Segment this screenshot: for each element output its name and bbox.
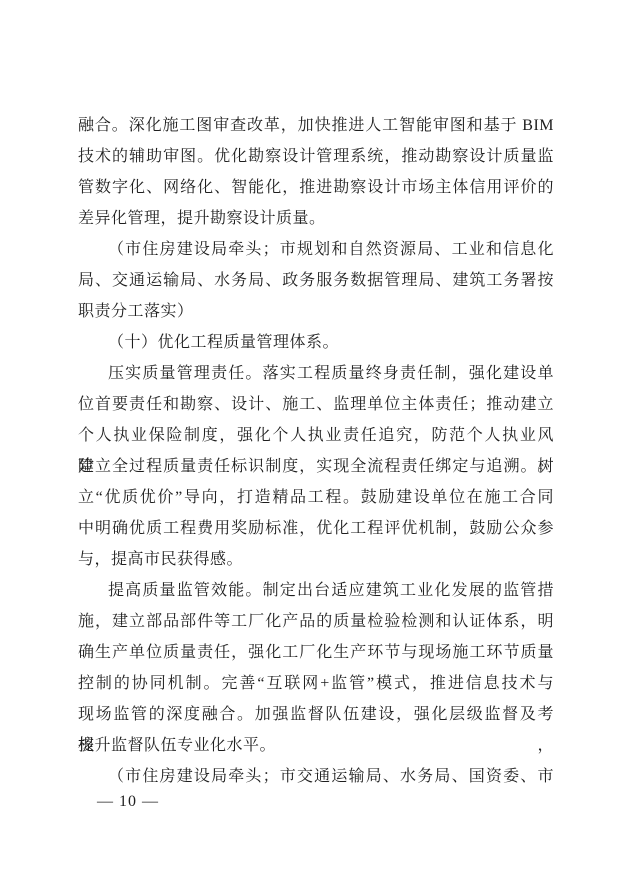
text-line: 局、交通运输局、水务局、政务服务数据管理局、建筑工务署按 — [78, 265, 554, 296]
text-line: 确生产单位质量责任，强化工厂化生产环节与现场施工环节质量 — [78, 637, 554, 668]
text-line: 立“优质优价”导向，打造精品工程。鼓励建设单位在施工合同 — [78, 482, 554, 513]
text-line: 施，建立部品部件等工厂化产品的质量检验检测和认证体系，明 — [78, 606, 554, 637]
text-line: 现场监管的深度融合。加强监督队伍建设，强化层级监督及考核， — [78, 699, 554, 730]
text-line: （市住房建设局牵头；市规划和自然资源局、工业和信息化 — [78, 234, 554, 265]
text-line: （十）优化工程质量管理体系。 — [78, 327, 554, 358]
text-line: 中明确优质工程费用奖励标准，优化工程评优机制，鼓励公众参 — [78, 513, 554, 544]
document-body: 融合。深化施工图审查改革，加快推进人工智能审图和基于 BIM技术的辅助审图。优化… — [78, 110, 554, 792]
document-page: 融合。深化施工图审查改革，加快推进人工智能审图和基于 BIM技术的辅助审图。优化… — [0, 0, 630, 891]
text-line: 压实质量管理责任。落实工程质量终身责任制，强化建设单 — [78, 358, 554, 389]
text-line: 位首要责任和勘察、设计、施工、监理单位主体责任；推动建立 — [78, 389, 554, 420]
text-line: 技术的辅助审图。优化勘察设计管理系统，推动勘察设计质量监 — [78, 141, 554, 172]
page-number: — 10 — — [97, 794, 159, 810]
text-line: 管数字化、网络化、智能化，推进勘察设计市场主体信用评价的 — [78, 172, 554, 203]
text-line: （市住房建设局牵头；市交通运输局、水务局、国资委、市 — [78, 761, 554, 792]
text-line: 融合。深化施工图审查改革，加快推进人工智能审图和基于 BIM — [78, 110, 554, 141]
text-line: 控制的协同机制。完善“互联网+监管”模式，推进信息技术与 — [78, 668, 554, 699]
text-line: 提高质量监管效能。制定出台适应建筑工业化发展的监管措 — [78, 575, 554, 606]
text-line: 个人执业保险制度，强化个人执业责任追究，防范个人执业风险。 — [78, 420, 554, 451]
text-line: 职责分工落实） — [78, 296, 554, 327]
text-line: 建立全过程质量责任标识制度，实现全流程责任绑定与追溯。树 — [78, 451, 554, 482]
text-line: 差异化管理，提升勘察设计质量。 — [78, 203, 554, 234]
text-line: 与，提高市民获得感。 — [78, 544, 554, 575]
